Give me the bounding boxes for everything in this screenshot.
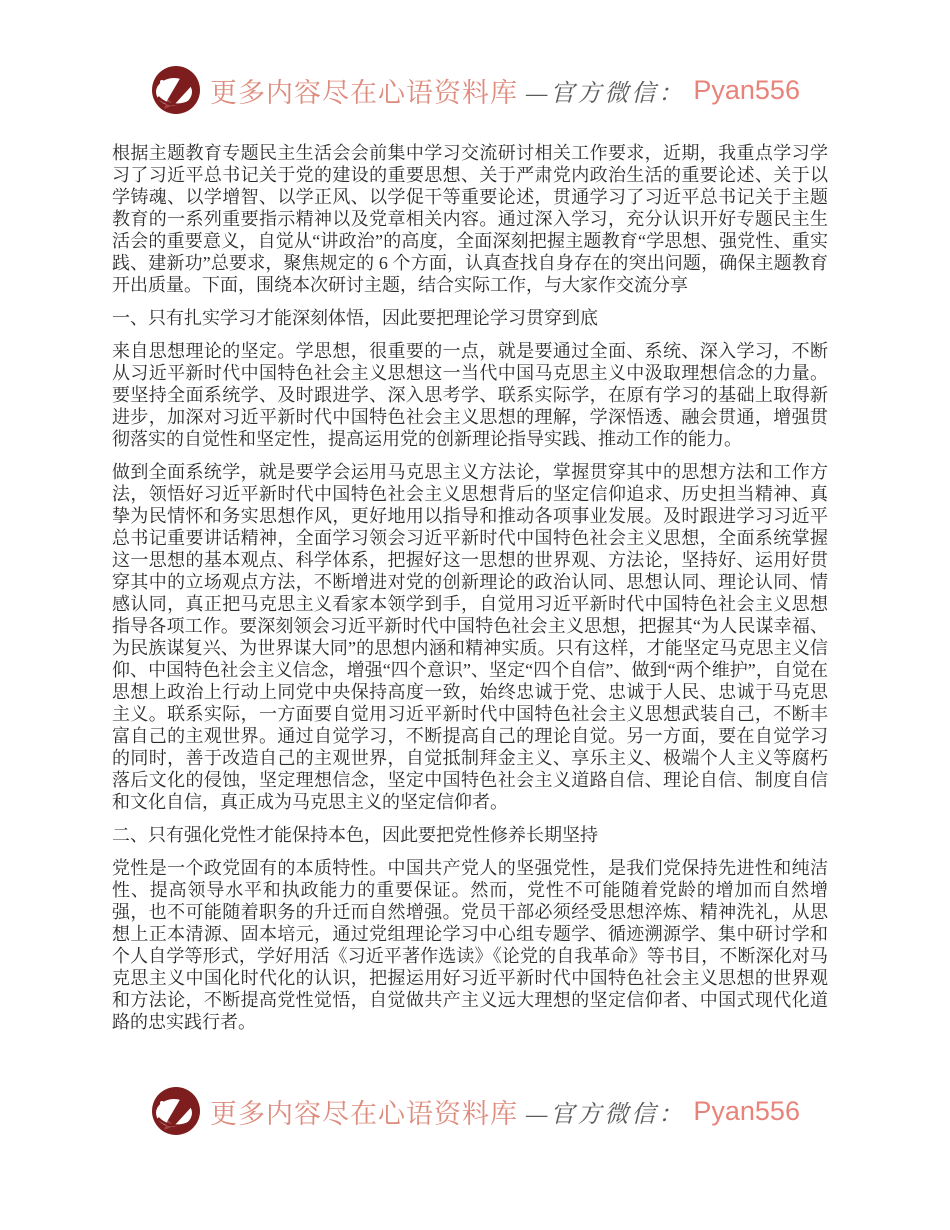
section1-paragraph-1: 来自思想理论的坚定。学思想，很重要的一点，就是要通过全面、系统、深入学习，不断从… xyxy=(112,340,828,450)
wechat-id: Pyan556 xyxy=(693,75,800,106)
brand-text: 更多内容尽在心语资料库 xyxy=(210,1092,518,1131)
watermark-header: 更多内容尽在心语资料库 —官方微信： Pyan556 xyxy=(0,60,950,120)
brand-text: 更多内容尽在心语资料库 xyxy=(210,71,518,110)
wechat-label: —官方微信： xyxy=(526,1094,685,1129)
section-heading-2: 二、只有强化党性才能保持本色，因此要把党性修养长期坚持 xyxy=(112,824,828,846)
wechat-label: —官方微信： xyxy=(526,73,685,108)
document-body: 根据主题教育专题民主生活会会前集中学习交流研讨相关工作要求，近期，我重点学习学习… xyxy=(0,120,950,1033)
brand-pen-logo-icon xyxy=(150,64,202,116)
section2-paragraph-1: 党性是一个政党固有的本质特性。中国共产党人的坚强党性，是我们党保持先进性和纯洁性… xyxy=(112,857,828,1033)
watermark-footer: 更多内容尽在心语资料库 —官方微信： Pyan556 xyxy=(0,1081,950,1141)
intro-paragraph: 根据主题教育专题民主生活会会前集中学习交流研讨相关工作要求，近期，我重点学习学习… xyxy=(112,142,828,296)
section-heading-1: 一、只有扎实学习才能深刻体悟，因此要把理论学习贯穿到底 xyxy=(112,307,828,329)
section1-paragraph-2: 做到全面系统学，就是要学会运用马克思主义方法论，掌握贯穿其中的思想方法和工作方法… xyxy=(112,461,828,813)
brand-pen-logo-icon xyxy=(150,1085,202,1137)
wechat-id: Pyan556 xyxy=(693,1096,800,1127)
